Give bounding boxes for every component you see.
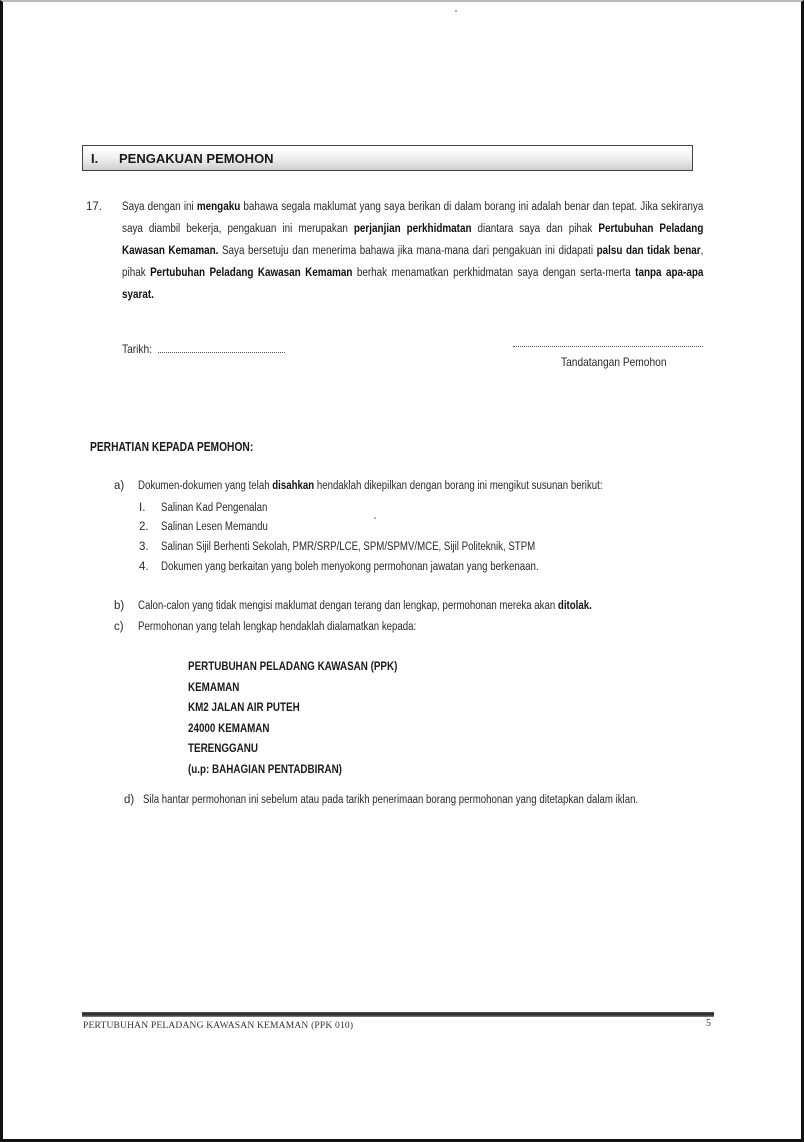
item-a-text: Dokumen-dokumen yang telah disahkan hend… xyxy=(138,480,603,492)
address-line: 24000 KEMAMAN xyxy=(188,718,397,739)
item-c-text: Permohonan yang telah lengkap hendaklah … xyxy=(138,621,416,633)
bold-run: mengaku xyxy=(197,201,240,213)
item-a-marker: a) xyxy=(114,480,124,492)
subitem-text: Salinan Sijil Berhenti Sekolah, PMR/SRP/… xyxy=(161,541,535,553)
notice-title: PERHATIAN KEPADA PEMOHON: xyxy=(90,440,253,454)
bold-run: perjanjian perkhidmatan xyxy=(354,223,472,235)
footer-rule xyxy=(82,1012,714,1017)
scan-speck xyxy=(374,517,376,519)
signature-field-line xyxy=(513,346,703,347)
address-line: (u.p: BAHAGIAN PENTADBIRAN) xyxy=(188,759,397,780)
item-b-marker: b) xyxy=(114,600,124,612)
bold-run: palsu dan tidak benar xyxy=(597,245,701,257)
date-label: Tarikh: xyxy=(122,342,152,356)
bold-run: disahkan xyxy=(272,480,314,492)
item-c-marker: c) xyxy=(114,621,124,633)
date-field-line xyxy=(158,352,285,353)
text-run: Dokumen-dokumen yang telah xyxy=(138,480,272,492)
address-line: TERENGGANU xyxy=(188,738,397,759)
subitem-marker: I. xyxy=(139,502,145,514)
bold-run: ditolak. xyxy=(558,600,592,612)
bold-run: Pertubuhan Peladang Kawasan Kemaman xyxy=(150,267,352,279)
text-run: Saya dengan ini xyxy=(122,201,197,213)
subitem-text: Salinan Kad Pengenalan xyxy=(161,502,267,514)
subitem-marker: 4. xyxy=(139,561,149,573)
subitem-text: Dokumen yang berkaitan yang boleh menyok… xyxy=(161,561,539,573)
subitem-marker: 3. xyxy=(139,541,149,553)
address-line: KM2 JALAN AIR PUTEH xyxy=(188,697,397,718)
text-run: hendaklah dikepilkan dengan borang ini m… xyxy=(314,480,602,492)
subitem-marker: 2. xyxy=(139,521,149,533)
item-d-text: Sila hantar permohonan ini sebelum atau … xyxy=(143,794,638,806)
declaration-paragraph: Saya dengan ini mengaku bahawa segala ma… xyxy=(122,196,703,306)
text-run: diantara saya dan pihak xyxy=(471,223,598,235)
section-heading: I. PENGAKUAN PEMOHON xyxy=(82,145,693,171)
item-d-marker: d) xyxy=(124,794,134,806)
page-number: 5 xyxy=(706,1018,711,1029)
item-b-text: Calon-calon yang tidak mengisi maklumat … xyxy=(138,600,592,612)
scan-speck xyxy=(455,10,457,12)
text-run: berhak menamatkan perkhidmatan saya deng… xyxy=(352,267,635,279)
section-number: I. xyxy=(91,151,98,166)
address-line: KEMAMAN xyxy=(188,677,397,698)
signature-label: Tandatangan Pemohon xyxy=(561,355,666,369)
section-title: PENGAKUAN PEMOHON xyxy=(119,151,274,166)
subitem-text: Salinan Lesen Memandu xyxy=(161,521,268,533)
footer-organization: PERTUBUHAN PELADANG KAWASAN KEMAMAN (PPK… xyxy=(83,1021,353,1031)
mailing-address: PERTUBUHAN PELADANG KAWASAN (PPK) KEMAMA… xyxy=(188,656,397,779)
declaration-number: 17. xyxy=(86,196,102,218)
text-run: Calon-calon yang tidak mengisi maklumat … xyxy=(138,600,558,612)
text-run: Saya bersetuju dan menerima bahawa jika … xyxy=(218,245,596,257)
address-line: PERTUBUHAN PELADANG KAWASAN (PPK) xyxy=(188,656,397,677)
